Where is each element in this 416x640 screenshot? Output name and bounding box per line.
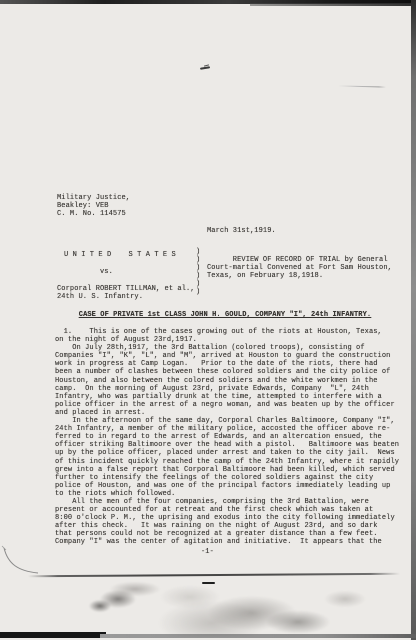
scan-top-border-shadow bbox=[250, 3, 416, 6]
text-line: In the afternoon of the same day, Corpor… bbox=[55, 417, 400, 425]
text-line: ) bbox=[196, 280, 200, 288]
text-line: police of Houston, and was one of the pr… bbox=[55, 482, 400, 490]
text-line: and placed in arrest. bbox=[55, 409, 400, 417]
faint-scratch-mark bbox=[338, 85, 386, 87]
text-line: present or accounted for at retreat and … bbox=[55, 506, 400, 514]
text-line: further to intensify the feelings of the… bbox=[55, 474, 400, 482]
text-line: ) bbox=[196, 288, 200, 296]
text-line: ) bbox=[196, 256, 200, 264]
military-justice-stamp: Military Justice,Beakley: VEBC. M. No. 1… bbox=[57, 194, 130, 218]
text-line: grew into a false report that Corporal B… bbox=[55, 466, 400, 474]
text-line: ) bbox=[196, 248, 200, 256]
caption-defendant: Corporal ROBERT TILLMAN, et al.,24th U. … bbox=[57, 285, 195, 301]
text-line: been a number of clashes between these c… bbox=[55, 368, 400, 376]
text-line: REVIEW OF RECORD OF TRIAL by General bbox=[207, 256, 392, 264]
caption-plaintiff: U N I T E D S T A T E S bbox=[64, 251, 176, 259]
paragraph: 1. This is one of the cases growing out … bbox=[55, 328, 400, 344]
text-line: All the men of the four companies, compr… bbox=[55, 498, 400, 506]
caption-versus: vs. bbox=[100, 268, 113, 276]
ink-smudge-mark bbox=[200, 66, 210, 69]
scan-smudge-noise bbox=[0, 575, 416, 637]
body-text: 1. This is one of the cases growing out … bbox=[55, 328, 400, 547]
text-line: ) bbox=[196, 272, 200, 280]
text-line: 24th U. S. Infantry. bbox=[57, 293, 195, 301]
text-line: to the riots which followed. bbox=[55, 490, 400, 498]
text-line: C. M. No. 114575 bbox=[57, 210, 130, 218]
date-line: March 31st,1919. bbox=[207, 227, 276, 235]
case-title: CASE OF PRIVATE 1st CLASS JOHN H. GOULD,… bbox=[54, 311, 396, 319]
text-line: 1. This is one of the cases growing out … bbox=[55, 328, 400, 336]
text-line: Court-martial Convened at Fort Sam Houst… bbox=[207, 264, 392, 272]
text-line: ) bbox=[196, 264, 200, 272]
paragraph: In the afternoon of the same day, Corpor… bbox=[55, 417, 400, 498]
text-line: 24th Infantry, a member of the military … bbox=[55, 425, 400, 433]
text-line: of this incident quickly reached the cam… bbox=[55, 458, 400, 466]
text-line: camp. On the morning of August 23rd, pri… bbox=[55, 385, 400, 393]
caption-brace-column: )))))) bbox=[196, 248, 200, 296]
caption-review-text: REVIEW OF RECORD OF TRIAL by GeneralCour… bbox=[207, 256, 392, 280]
text-line: Company "I" was the center of agitation … bbox=[55, 538, 400, 546]
paragraph: All the men of the four companies, compr… bbox=[55, 498, 400, 547]
text-line: up by the police officer, placed under a… bbox=[55, 449, 400, 457]
page-number: -1- bbox=[201, 548, 214, 556]
text-line: Corporal ROBERT TILLMAN, et al., bbox=[57, 285, 195, 293]
scanned-document-page: Military Justice,Beakley: VEBC. M. No. 1… bbox=[0, 0, 416, 640]
scan-right-border bbox=[411, 0, 416, 640]
text-line: Houston, and also between the colored so… bbox=[55, 377, 400, 385]
text-line: Texas, on February 18,1918. bbox=[207, 272, 392, 280]
text-line: on the night of August 23rd,1917. bbox=[55, 336, 400, 344]
text-line: Infantry, who was partially drunk at the… bbox=[55, 393, 400, 401]
text-line: Beakley: VEB bbox=[57, 202, 130, 210]
pencil-curve-mark bbox=[0, 540, 60, 585]
paragraph: On July 28th,1917, the 3rd Battalion (co… bbox=[55, 344, 400, 417]
text-line: Military Justice, bbox=[57, 194, 130, 202]
text-line: police officer in the arrest of a negro … bbox=[55, 401, 400, 409]
